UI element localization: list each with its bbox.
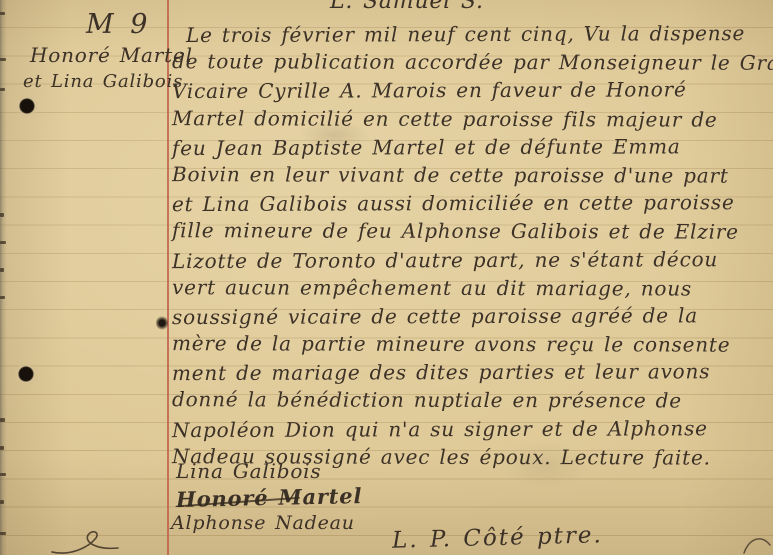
- hole-punch: [15, 94, 39, 118]
- edge-ink-mark: [0, 500, 4, 504]
- act-line: de toute publication accordée par Monsei…: [172, 47, 773, 77]
- edge-ink-mark: [0, 12, 5, 15]
- act-line: Boivin en leur vivant de cette paroisse …: [172, 160, 773, 190]
- signature-officiant: L. P. Côté ptre.: [392, 522, 603, 554]
- act-line: feu Jean Baptiste Martel et de défunte E…: [172, 132, 773, 162]
- margin-groom-name: Honoré Martel: [30, 43, 193, 67]
- act-line: Napoléon Dion qui n'a su signer et de Al…: [172, 414, 773, 444]
- edge-ink-mark: [0, 446, 4, 450]
- margin-bride-name: et Lina Galibois: [23, 71, 183, 92]
- edge-ink-mark: [0, 58, 6, 61]
- signature-bride: Lina Galibois: [176, 459, 321, 483]
- ink-flourish-bottom-left: [48, 528, 128, 555]
- edge-ink-mark: [0, 418, 5, 422]
- edge-ink-mark: [0, 473, 6, 476]
- act-line: vert aucun empêchement au dit mariage, n…: [172, 273, 773, 303]
- act-line: mère de la partie mineure avons reçu le …: [172, 329, 773, 359]
- act-line: Lizotte de Toronto d'autre part, ne s'ét…: [172, 244, 773, 274]
- act-line: donné la bénédiction nuptiale en présenc…: [172, 386, 773, 416]
- edge-ink-mark: [0, 241, 6, 244]
- signature-witness: Alphonse Nadeau: [171, 512, 355, 534]
- edge-ink-mark: [0, 296, 5, 299]
- ink-flourish-bottom-right: [742, 533, 773, 555]
- act-line: fille mineure de feu Alphonse Galibois e…: [172, 216, 773, 246]
- register-page: L. Samuel S. M 9 Honoré Martel et Lina G…: [0, 0, 773, 555]
- act-line: Vicaire Cyrille A. Marois en faveur de H…: [172, 75, 773, 105]
- edge-ink-mark: [0, 213, 4, 217]
- record-number: M 9: [86, 9, 150, 40]
- act-line: soussigné vicaire de cette paroisse agré…: [172, 301, 773, 331]
- previous-entry-partial-text: L. Samuel S.: [330, 0, 484, 14]
- act-line: ment de mariage des dites parties et leu…: [172, 357, 773, 387]
- hole-punch: [14, 362, 38, 386]
- edge-ink-mark: [0, 88, 5, 91]
- signature-groom: Honoré Martel: [176, 483, 363, 512]
- ink-blot: [156, 316, 168, 330]
- act-line: Martel domicilié en cette paroisse fils …: [172, 104, 773, 134]
- page-edge: [0, 0, 7, 555]
- act-line: et Lina Galibois aussi domiciliée en cet…: [172, 188, 773, 218]
- edge-ink-mark: [0, 268, 4, 272]
- edge-ink-mark: [0, 532, 6, 535]
- act-body: Le trois février mil neuf cent cinq, Vu …: [172, 20, 773, 471]
- act-line: Le trois février mil neuf cent cinq, Vu …: [172, 19, 773, 49]
